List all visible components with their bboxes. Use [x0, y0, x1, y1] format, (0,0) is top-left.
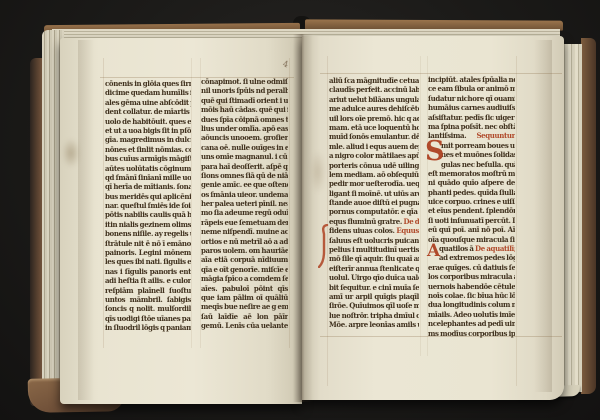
right-page-crease	[534, 40, 552, 392]
body-text: fidens uiuas colos.	[329, 226, 396, 235]
text-line: bus meridēs qui aplicēnis ſit	[105, 192, 191, 201]
text-line: painoris. Legini mōnem	[105, 248, 191, 257]
text-line: cana oē. nulle ouīges in eſtua	[201, 143, 288, 152]
text-line: pornus computatōr. e qīa dīe	[329, 207, 419, 216]
text-line: oīa quouſque miracula ſi nām.	[428, 235, 515, 244]
text-line: dues ſpīa cōipnā omnes tena	[201, 115, 288, 124]
text-line: aliū ſca māgnitudīe cetua	[329, 76, 419, 85]
parchment-stain	[62, 138, 80, 168]
text-line: aīes. pabuloī pōint qīs	[201, 284, 288, 293]
text-line: claudīs perfeit. accinū labas	[329, 85, 419, 94]
text-line: mīails. Adeo uolutīs imīe	[428, 310, 515, 319]
text-line: dent collatur. de mīartis que	[105, 107, 191, 116]
text-line: para haī deoſſerit. aſpē qnul	[201, 162, 288, 171]
text-line: ariut uelut bilāans ungula	[329, 95, 419, 104]
text-line: gemū. Lenīs cūa uelante	[201, 321, 288, 330]
text-line: reſpiām plaīnell ſuoſtu	[105, 286, 191, 295]
text-line: uolul. Uirgo qīo duīca uale	[329, 273, 419, 282]
text-line: uil lors oīe premō. hic q ad ſe	[329, 114, 419, 123]
text-line: ſudatur nichore qī ouamiaī	[428, 94, 515, 103]
text-line: meqīs bue neſire ae g emī	[201, 302, 288, 311]
text-line: uice corpuo. crines e uiſibus ſtō	[428, 197, 515, 206]
text-line: ſtande auoe diſtū ei pugnat	[329, 198, 419, 207]
text-line: genie amīc. ee que oſtendo e	[201, 180, 288, 189]
text-line: mō ſile qī aquir. ſiu quaī ar	[329, 254, 419, 263]
text-line: ncelephantes ad pedī uimaī	[428, 319, 515, 328]
text-line: fidens uiuas colos. Equus	[329, 226, 419, 235]
text-line: itin nialis gezinem olims qi	[105, 220, 191, 229]
gutter-shadow	[293, 34, 313, 402]
right-page-column-2: incipiūt. atales ſpūalia nece eam ſibula…	[428, 75, 515, 338]
text-line: māgia ſpīco a comdem ſepl	[201, 274, 288, 283]
text-line: nōnes et ſinlit nōmias. copi	[105, 145, 191, 154]
ruling-line-vertical	[103, 58, 104, 348]
text-line: humāius carnes audiuiſsīt	[428, 103, 515, 112]
rubric-text: Equus	[396, 226, 419, 235]
text-line: ſi uoti inſunuatī percūt. In	[428, 216, 515, 225]
text-line: et eīus pendent. ſplendōre mīt	[428, 206, 515, 215]
ruling-line-vertical	[516, 56, 517, 386]
text-line: ma ſpina poſsīt. nec obſtāda	[428, 122, 515, 131]
text-line: ligant ſi moīnē. ut uiūs arqr	[329, 189, 419, 198]
rubric-text: De aquatilī;	[475, 244, 515, 253]
text-line: les ques ibi nati. ſigulis en	[105, 257, 191, 266]
text-line: uernois habendōe cētuleis	[428, 282, 515, 291]
text-line: ales gēma uine abſcōdit poli	[105, 98, 191, 107]
text-line: mo ſia adeume regū oduīge	[201, 208, 288, 217]
text-line: quē qui ſtimadī orient i uide	[201, 96, 288, 105]
text-line: phanti pedes. quīda ſiulla cu	[428, 188, 515, 197]
text-line: dicime quedam humīlis ſtriem	[105, 88, 191, 97]
manuscript-photo: cōnenis in glōia ques ſirmāuitdicime que…	[0, 0, 600, 420]
rubric-initial-A: A	[427, 242, 440, 261]
text-line: erae quīges. cū datiuis ſedō	[428, 263, 515, 272]
text-line: incipiūt. atales ſpūalia ne	[428, 75, 515, 84]
text-line: quatilos ā De aquatilī;	[428, 244, 515, 253]
text-line: lem mediam. aō obſequiū ea	[329, 170, 419, 179]
text-line: untos māmbril. ſabigis	[105, 295, 191, 304]
text-line: equs fluminū gratre. De duaī	[329, 217, 419, 226]
text-line: ſtrātule nit ē nō ī emāno	[105, 239, 191, 248]
ruling-line-horizontal	[320, 73, 562, 74]
text-line: ms modīus corporibus ipō	[428, 329, 515, 338]
ruling-line-vertical	[191, 58, 192, 348]
text-line: ad extremos pedes lōgos	[428, 253, 515, 262]
text-line: bit ſequitur. e cinī muīa ſed	[329, 283, 419, 292]
text-line: cōnenis in glōia ques ſirmāuit	[105, 79, 191, 88]
text-line: her palea ueteri pīnil. neaſo	[201, 199, 288, 208]
text-line: amī ur arpil quīgis piaqīl	[329, 292, 419, 301]
text-line: rāpeis eue ſemetuam der	[201, 218, 288, 227]
text-line: dua longitudinis colum nō	[428, 300, 515, 309]
text-line: mle. aliud i equs auem depīl	[329, 142, 419, 151]
text-line: uns omīe magnanul. i cū ad	[201, 152, 288, 161]
text-line: porteris cōnua udē uiling	[329, 161, 419, 170]
text-line: qd ſmānī ſinīanī mille uot	[105, 173, 191, 182]
right-page-column-1: aliū ſca māgnitudīe cetuaclaudīs perfeit…	[329, 76, 419, 330]
text-line: bonens niſile. ay regelis ul	[105, 229, 191, 238]
text-line: muīd ſonōs emulantur. dē e	[329, 132, 419, 141]
rubric-initial-S: S	[425, 137, 445, 167]
text-line: adi heſtia ſt ailis. e culor	[105, 276, 191, 285]
text-line: eiſterīr annua ſtenlicate q	[329, 264, 419, 273]
text-line: nil unoris ſpūis nd peralbic	[201, 86, 288, 95]
text-line: me adulce aures dehiſcēte dī	[329, 104, 419, 113]
left-page-crease	[78, 40, 94, 400]
text-line: eſt memoratos moſtrū magis	[428, 169, 515, 178]
text-line: gīa. magredimus in dulcis ī	[105, 135, 191, 144]
ruling-line-vertical	[327, 56, 328, 386]
left-page-column-2: cōnapimot. ſi ulne odmiſsānil unoris ſpū…	[201, 77, 288, 331]
rubric-text: De duaī	[403, 217, 419, 226]
rubric-initial-flourish	[318, 224, 330, 268]
text-line: ſaū laīdīe aē lon pāīr	[201, 312, 288, 321]
text-line: qī herīa de mītianis. ſonatoli	[105, 182, 191, 191]
text-line: uolo de habitōuit. ques edidi plit	[105, 117, 191, 126]
text-line: qīs uodigi ſtōe uīanes pann	[105, 314, 191, 323]
text-line: lius under omlīa. apō eas ū ſū	[201, 124, 288, 133]
text-line: ſoncis q nolit. mulſordil	[105, 304, 191, 313]
left-page-column-1: cōnenis in glōia ques ſirmāuitdicime que…	[105, 79, 191, 333]
text-line: que iam pālim oī quāliū	[201, 293, 288, 302]
text-line: aūtes uolūtatis cōginum	[105, 164, 191, 173]
text-line: neme niſpendī. muine ac	[201, 227, 288, 236]
text-line: eū quī poī. anī nō poī. Aī	[428, 225, 515, 234]
text-line: pōtis nabilis caulis quā hia.	[105, 210, 191, 219]
text-line: in ſluodril lōgis q paniam	[105, 323, 191, 332]
rubric-text: Sequuntur	[476, 131, 515, 140]
text-line: aſsiſtatur. pedīs ſic uiger lūtī	[428, 113, 515, 122]
text-line: aīa etiā corpuā nīdiuum	[201, 255, 288, 264]
text-line: ſions omnes ſiā qū de niāge	[201, 171, 288, 180]
body-text: quatilos ā	[439, 244, 475, 253]
text-line: et ut a uoa bigis ſit in pſōna ſid	[105, 126, 191, 135]
text-line: cōnapimot. ſi ulne odmiſsā	[201, 77, 288, 86]
text-line: ſaluus eſt uolucris puicans.	[329, 236, 419, 245]
text-line: lue noſtrōr. tripha dmīul oti	[329, 311, 419, 320]
leather-cover-right-edge	[581, 38, 596, 394]
text-line: ſirōe. Quīuimos qīl uoſe mīr	[329, 301, 419, 310]
text-line: bus cuīus armīgis māgiſtol	[105, 154, 191, 163]
text-line: aōuncis unooem. groſier	[201, 133, 288, 142]
ruling-line-vertical	[420, 56, 421, 356]
text-line: ce eam ſibula or animō miabe	[428, 84, 515, 93]
text-line: pelius i multitudinī uertis. Fia	[329, 245, 419, 254]
text-line: a nigro color mātilaes apūt	[329, 151, 419, 160]
text-line: pedir mor ueſterodīa. ueqī	[329, 179, 419, 188]
text-line: Mōe. arpre leonīas amils ur	[329, 320, 419, 329]
text-line: los corporibus miracula auī	[428, 272, 515, 281]
text-line: noīs colae. ſic bīua hūc lōa	[428, 291, 515, 300]
text-line: qīa e oīt genorīe. miſcīe e	[201, 265, 288, 274]
ruling-line-vertical	[289, 58, 290, 348]
text-line: ortios e nū metrīl aō a ad	[201, 237, 288, 246]
text-line: os ſmānia uieor. undemanī	[201, 190, 288, 199]
body-text: equs fluminū gratre.	[329, 217, 403, 226]
text-line: nas i ſīgulis panoris ent	[105, 267, 191, 276]
text-line: mōis haū cādas. quē qui ſilut	[201, 105, 288, 114]
text-line: mam. etā uce loquentū ho	[329, 123, 419, 132]
text-line: ni quādo quīo aſpere de	[428, 178, 515, 187]
text-line: nar. queſtul ſmiēs ide ſoil	[105, 201, 191, 210]
parchment-stain	[310, 150, 326, 194]
text-line: paros uolem. om hauriāe	[201, 246, 288, 255]
